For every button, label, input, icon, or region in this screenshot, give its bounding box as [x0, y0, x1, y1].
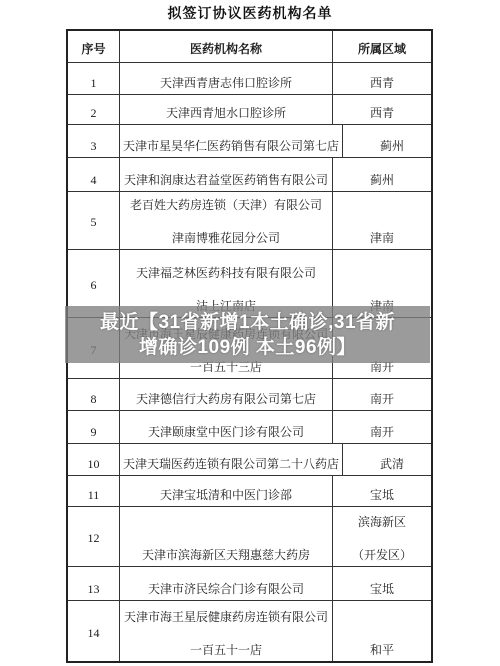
table-row: 2天津西青旭水口腔诊所西青	[68, 95, 431, 125]
institution-name-text: 天津市星昊华仁医药销售有限公司第七店	[123, 140, 339, 153]
table-row: 8天津德信行大药房有限公司第七店南开	[68, 379, 431, 411]
institution-name: 天津天瑞医药连锁有限公司第二十八药店	[120, 444, 343, 475]
table-row: 12天津市滨海新区天翔惠慈大药房滨海新区（开发区）	[68, 507, 431, 567]
institution-name-text: 一百五十一店	[190, 644, 262, 657]
row-index: 3	[68, 125, 120, 157]
institution-region: 西青	[333, 63, 431, 94]
institution-name-text: 天津德信行大药房有限公司第七店	[136, 393, 316, 406]
institution-name: 天津宝坻清和中医门诊部	[120, 476, 333, 506]
row-index: 9	[68, 411, 120, 443]
institution-region: 南开	[333, 411, 431, 443]
institution-region-text: 滨海新区	[358, 516, 406, 529]
institution-region: 宝坻	[333, 476, 431, 506]
institution-name-text: 天津天瑞医药连锁有限公司第二十八药店	[123, 458, 339, 471]
table-row: 13天津市济民综合门诊有限公司宝坻	[68, 567, 431, 601]
institution-name-text: 天津市济民综合门诊有限公司	[148, 583, 304, 596]
institution-name: 天津市滨海新区天翔惠慈大药房	[120, 507, 333, 566]
institution-name-text: 天津颐康堂中医门诊有限公司	[148, 426, 304, 439]
institution-region-text: 武清	[380, 458, 404, 471]
institution-name: 天津市海王星辰健康药房连锁有限公司一百五十一店	[120, 601, 333, 661]
institution-name: 老百姓大药房连锁（天津）有限公司津南博雅花园分公司	[120, 192, 333, 249]
row-index: 13	[68, 567, 120, 600]
page: 拟签订协议医药机构名单 序号 医药机构名称 所属区域 1天津西青唐志伟口腔诊所西…	[0, 0, 500, 666]
institution-name-text: 天津西青唐志伟口腔诊所	[160, 77, 292, 90]
institution-region: 南开	[333, 379, 431, 410]
institution-region-text: 宝坻	[370, 489, 394, 502]
institution-name-text: 天津西青旭水口腔诊所	[166, 107, 286, 120]
institution-region-text: （开发区）	[352, 549, 412, 562]
row-index: 14	[68, 601, 120, 661]
table-row: 9天津颐康堂中医门诊有限公司南开	[68, 411, 431, 444]
institution-name-text: 天津和润康达君益堂医药销售有限公司	[124, 174, 328, 187]
row-index: 5	[68, 192, 120, 249]
institution-name-text: 天津宝坻清和中医门诊部	[160, 489, 292, 502]
col-header-name: 医药机构名称	[120, 31, 333, 62]
institution-region-text: 南开	[370, 426, 394, 439]
institution-region-text: 西青	[370, 77, 394, 90]
table-header-row: 序号 医药机构名称 所属区域	[68, 31, 431, 63]
col-header-region: 所属区域	[333, 31, 431, 62]
row-index: 2	[68, 95, 120, 124]
institution-region: 滨海新区（开发区）	[333, 507, 431, 566]
institution-region: 武清	[343, 444, 441, 475]
page-title: 拟签订协议医药机构名单	[0, 3, 500, 23]
institution-name-text: 天津市滨海新区天翔惠慈大药房	[142, 549, 310, 562]
institution-region-text: 和平	[370, 644, 394, 657]
news-overlay-line-1: 最近【31省新增1本土确诊,31省新	[100, 310, 395, 335]
institution-name-text: 天津福芝林医药科技有限有限公司	[136, 267, 316, 280]
row-index: 4	[68, 158, 120, 191]
institution-region: 蓟州	[333, 158, 431, 191]
institution-region-text: 蓟州	[370, 174, 394, 187]
row-index: 12	[68, 507, 120, 566]
institution-name: 天津市济民综合门诊有限公司	[120, 567, 333, 600]
institution-region: 蓟州	[343, 125, 441, 157]
institution-name-text: 津南博雅花园分公司	[172, 232, 280, 245]
institution-region-text: 西青	[370, 107, 394, 120]
institution-region-text: 南开	[370, 393, 394, 406]
table-row: 14天津市海王星辰健康药房连锁有限公司一百五十一店和平	[68, 601, 431, 661]
col-header-index: 序号	[68, 31, 120, 62]
institution-name-text: 天津市海王星辰健康药房连锁有限公司	[124, 611, 328, 624]
institution-region-text: 宝坻	[370, 583, 394, 596]
institution-name: 天津西青唐志伟口腔诊所	[120, 63, 333, 94]
row-index: 11	[68, 476, 120, 506]
table-row: 5老百姓大药房连锁（天津）有限公司津南博雅花园分公司津南	[68, 192, 431, 250]
table-row: 4天津和润康达君益堂医药销售有限公司蓟州	[68, 158, 431, 192]
institution-region: 西青	[333, 95, 431, 124]
institution-name: 天津德信行大药房有限公司第七店	[120, 379, 333, 410]
institution-region: 津南	[333, 192, 431, 249]
news-overlay: 最近【31省新增1本土确诊,31省新 增确诊109例 本土96例】	[65, 306, 430, 363]
institution-name: 天津颐康堂中医门诊有限公司	[120, 411, 333, 443]
institution-region: 和平	[333, 601, 431, 661]
row-index: 10	[68, 444, 120, 475]
row-index: 8	[68, 379, 120, 410]
institution-region-text: 蓟州	[380, 140, 404, 153]
institution-name: 天津西青旭水口腔诊所	[120, 95, 333, 124]
institution-region-text: 津南	[370, 232, 394, 245]
institution-name: 天津和润康达君益堂医药销售有限公司	[120, 158, 333, 191]
table-row: 10天津天瑞医药连锁有限公司第二十八药店武清	[68, 444, 431, 476]
table-row: 1天津西青唐志伟口腔诊所西青	[68, 63, 431, 95]
institution-region: 宝坻	[333, 567, 431, 600]
table-row: 3天津市星昊华仁医药销售有限公司第七店蓟州	[68, 125, 431, 158]
institution-name: 天津市星昊华仁医药销售有限公司第七店	[120, 125, 343, 157]
news-overlay-line-2: 增确诊109例 本土96例】	[139, 335, 356, 360]
table-row: 11天津宝坻清和中医门诊部宝坻	[68, 476, 431, 507]
row-index: 1	[68, 63, 120, 94]
institution-name-text: 老百姓大药房连锁（天津）有限公司	[130, 199, 322, 212]
